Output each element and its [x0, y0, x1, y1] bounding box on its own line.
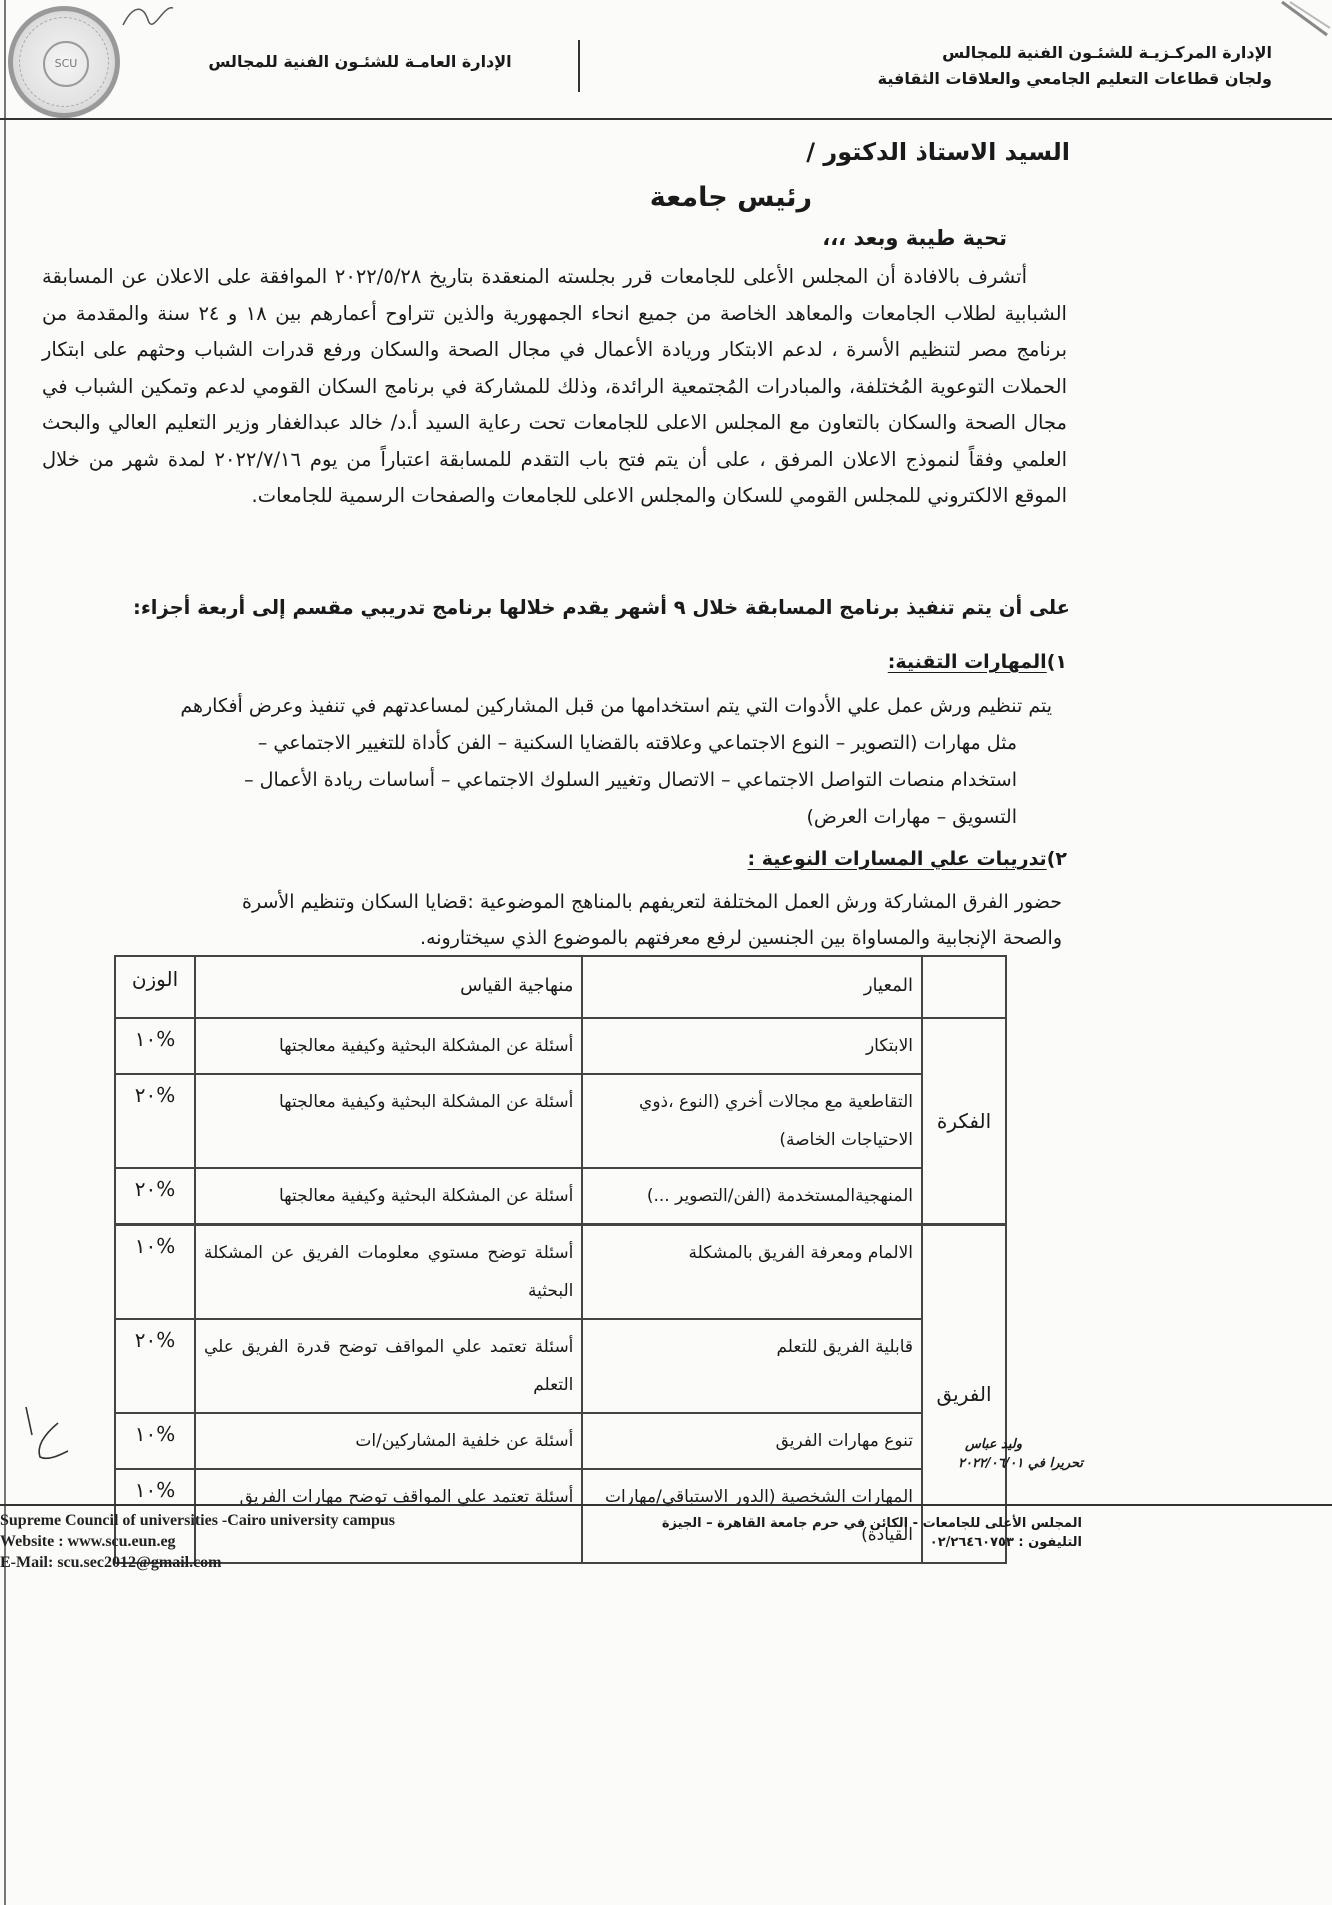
section-1-title: ١)المهارات التقنية: [888, 651, 1067, 673]
signature-date: تحريرا في ٢٠٢٢/٠٦/٠١ [958, 1456, 1083, 1471]
section-1-line: مثل مهارات (التصوير – النوع الاجتماعي وع… [12, 725, 1052, 762]
method-cell: أسئلة تعتمد علي المواقف توضح قدرة الفريق… [195, 1319, 582, 1413]
signature-name: وليد عباس [965, 1437, 1022, 1452]
footer-arabic: المجلس الأعلى للجامعات - الكائن في حرم ج… [662, 1514, 1082, 1552]
page-edge [4, 0, 6, 1905]
table-row: تنوع مهارات الفريق أسئلة عن خلفية المشار… [115, 1413, 1006, 1469]
section-2-line: حضور الفرق المشاركة ورش العمل المختلفة ل… [12, 884, 1062, 920]
addressee-line: السيد الاستاذ الدكتور / [806, 138, 1070, 166]
body-paragraph-text: أتشرف بالافادة أن المجلس الأعلى للجامعات… [42, 259, 1067, 515]
weight-cell: ٢٠% [115, 1168, 195, 1225]
document-page: SCU الإدارة المركـزيـة للشئـون الفنية لل… [0, 0, 1332, 1905]
method-cell: أسئلة عن المشكلة البحثية وكيفية معالجتها [195, 1018, 582, 1074]
header-rule [0, 118, 1332, 120]
footer-address: Supreme Council of universities -Cairo u… [0, 1510, 395, 1531]
table-row: التقاطعية مع مجالات أخري (النوع ،ذوي الا… [115, 1074, 1006, 1168]
criterion-cell: الابتكار [582, 1018, 922, 1074]
method-cell: أسئلة عن خلفية المشاركين/ات [195, 1413, 582, 1469]
section-2-body: حضور الفرق المشاركة ورش العمل المختلفة ل… [12, 884, 1062, 956]
header-department-right: الإدارة المركـزيـة للشئـون الفنية للمجال… [792, 40, 1272, 92]
weight-cell: ١٠% [115, 1225, 195, 1320]
section-2-line: والصحة الإنجابية والمساواة بين الجنسين ل… [12, 920, 1062, 956]
category-idea: الفكرة [922, 1018, 1006, 1225]
weight-cell: ١٠% [115, 1018, 195, 1074]
criterion-cell: تنوع مهارات الفريق [582, 1413, 922, 1469]
section-1-heading: المهارات التقنية: [888, 651, 1047, 673]
header-divider [578, 40, 580, 92]
criterion-cell: المنهجيةالمستخدمة (الفن/التصوير ...) [582, 1168, 922, 1225]
footer-english: Supreme Council of universities -Cairo u… [0, 1510, 395, 1573]
footer-website[interactable]: Website : www.scu.eun.eg [0, 1531, 395, 1552]
section-2-number: ٢) [1047, 848, 1067, 870]
method-cell: أسئلة عن المشكلة البحثية وكيفية معالجتها [195, 1168, 582, 1225]
header-right-line1: الإدارة المركـزيـة للشئـون الفنية للمجال… [792, 40, 1272, 66]
method-cell: أسئلة توضح مستوي معلومات الفريق عن المشك… [195, 1225, 582, 1320]
seal-center-text: SCU [43, 41, 89, 87]
weight-cell: ٢٠% [115, 1319, 195, 1413]
table-row: الفكرة الابتكار أسئلة عن المشكلة البحثية… [115, 1018, 1006, 1074]
header-weight: الوزن [115, 956, 195, 1018]
footer-rule [0, 1504, 1332, 1506]
header-criterion: المعيار [582, 956, 922, 1018]
table-row: قابلية الفريق للتعلم أسئلة تعتمد علي الم… [115, 1319, 1006, 1413]
method-cell: أسئلة عن المشكلة البحثية وكيفية معالجتها [195, 1074, 582, 1168]
evaluation-criteria-table: المعيار منهاجية القياس الوزن الفكرة الاب… [114, 955, 1007, 1564]
greeting: تحية طيبة وبعد ،،، [822, 226, 1007, 250]
header-category [922, 956, 1006, 1018]
handwritten-initial-icon [18, 1405, 78, 1465]
section-1-line: التسويق – مهارات العرض) [12, 799, 1052, 836]
paper-clip-icon [1272, 0, 1332, 40]
table-row: الفريق الالمام ومعرفة الفريق بالمشكلة أس… [115, 1225, 1006, 1320]
section-2-heading: تدريبات علي المسارات النوعية : [748, 848, 1047, 870]
table-row: المنهجيةالمستخدمة (الفن/التصوير ...) أسئ… [115, 1168, 1006, 1225]
section-1-line: استخدام منصات التواصل الاجتماعي – الاتصا… [12, 762, 1052, 799]
table-header-row: المعيار منهاجية القياس الوزن [115, 956, 1006, 1018]
section-1-line: يتم تنظيم ورش عمل علي الأدوات التي يتم ا… [12, 688, 1052, 725]
header-department-left: الإدارة العامـة للشئـون الفنية للمجالس [200, 52, 520, 71]
body-paragraph: أتشرف بالافادة أن المجلس الأعلى للجامعات… [42, 259, 1067, 515]
section-1-body: يتم تنظيم ورش عمل علي الأدوات التي يتم ا… [12, 688, 1052, 836]
header-method: منهاجية القياس [195, 956, 582, 1018]
footer-arabic-address: المجلس الأعلى للجامعات - الكائن في حرم ج… [662, 1514, 1082, 1533]
weight-cell: ١٠% [115, 1413, 195, 1469]
footer-email[interactable]: E-Mail: scu.sec2012@gmail.com [0, 1552, 395, 1573]
category-team: الفريق [922, 1225, 1006, 1564]
scu-seal-logo: SCU [8, 6, 120, 118]
handwritten-scribble-icon [118, 0, 178, 30]
header-right-line2: ولجان قطاعات التعليم الجامعي والعلاقات ا… [792, 66, 1272, 92]
section-2-title: ٢)تدريبات علي المسارات النوعية : [748, 848, 1067, 870]
section-1-number: ١) [1047, 651, 1067, 673]
weight-cell: ٢٠% [115, 1074, 195, 1168]
criterion-cell: الالمام ومعرفة الفريق بالمشكلة [582, 1225, 922, 1320]
footer-arabic-phone: التليفون : ٠٢/٢٦٤٦٠٧٥٣ [662, 1533, 1082, 1552]
criterion-cell: التقاطعية مع مجالات أخري (النوع ،ذوي الا… [582, 1074, 922, 1168]
program-statement: على أن يتم تنفيذ برنامج المسابقة خلال ٩ … [133, 596, 1070, 619]
criterion-cell: قابلية الفريق للتعلم [582, 1319, 922, 1413]
addressee-title: رئيس جامعة [650, 182, 812, 213]
